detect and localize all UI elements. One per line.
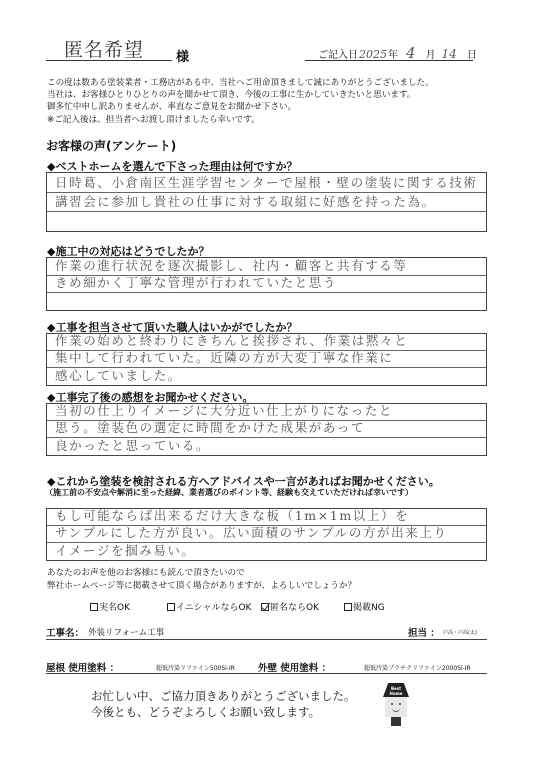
answer-box-3: 作業の始めと終わりにきちんと挨拶され、作業は黙々と 集中して行われていた。近隣の… xyxy=(46,333,487,386)
date-label: ご記入日 xyxy=(318,46,358,61)
intro-line: 当社は、お客様ひとりひとりの声を聞かせて頂き、今後の工事に生かしていきたいと思い… xyxy=(47,89,434,101)
closing-line: 今後とも、どうぞよろしくお願い致します。 xyxy=(91,704,356,720)
question-5-note: （施工前の不安点や解消に至った経緯、業者選びのポイント等、経験も交えていただけれ… xyxy=(45,487,413,498)
checkbox-icon[interactable] xyxy=(167,603,175,611)
year-unit: 年 xyxy=(388,46,398,61)
project-row: 工事名： 外装リフォーム工事 担当 ： 戸高・戸高(太) xyxy=(46,625,487,640)
answer-line: きめ細かく丁寧な管理が行われていたと思う xyxy=(47,276,486,293)
option-anonymous[interactable]: 匿名ならOK xyxy=(261,600,344,613)
eye-icon xyxy=(391,703,393,705)
checkbox-icon[interactable] xyxy=(344,603,352,611)
date-underline xyxy=(305,60,473,61)
answer-line: サンプルにした方が良い。広い面積のサンプルの方が出来上り xyxy=(47,526,486,543)
project-name-value: 外装リフォーム工事 xyxy=(88,626,164,638)
answer-line: イメージを掴み易い。 xyxy=(47,543,486,560)
paint-row: 屋根 使用塗料 ： 超低汚染リファイン500Si-IR 外壁 使用塗料 ： 超低… xyxy=(46,660,487,674)
answer-box-2: 作業の進行状況を逐次撮影し、社内・顧客と共有する等 きめ細かく丁寧な管理が行われ… xyxy=(46,257,487,311)
answer-line: 良かったと思っている。 xyxy=(47,438,486,455)
answer-line xyxy=(47,212,486,231)
roof-paint-value: 超低汚染リファイン500Si-IR xyxy=(156,663,235,672)
mascot-house-icon: Best Home xyxy=(381,683,411,731)
project-name-label: 工事名： xyxy=(46,625,84,639)
answer-line: 感心していました。 xyxy=(47,368,486,385)
consent-line: 弊社ホームページ等に掲載させて頂く場合がありますが、よろしいでしょうか？ xyxy=(47,580,356,593)
intro-line: ※ご記入後は、担当者へお渡し頂けましたら幸いです。 xyxy=(47,114,434,126)
consent-line: あなたのお声を他のお客様にも読んで頂きたいので xyxy=(47,567,356,580)
day-unit: 日 xyxy=(467,46,477,61)
answer-line: もし可能ならば出来るだけ大きな板（1m×1m以上）を xyxy=(47,509,486,526)
date-day: 14 xyxy=(442,47,457,61)
mouth-icon xyxy=(392,708,400,712)
mascot-body xyxy=(391,717,401,726)
answer-line: 作業の進行状況を逐次撮影し、社内・顧客と共有する等 xyxy=(47,258,486,276)
intro-text: この度は数ある塗装業者・工務店がある中、当社へご用命頂きまして誠にありがとうござ… xyxy=(47,77,434,126)
answer-line: 当初の仕上りイメージに大分近い仕上がりになったと xyxy=(47,404,486,421)
answer-line: 思う。塗装色の選定に時間をかけた成果があって xyxy=(47,421,486,438)
eye-icon xyxy=(399,703,401,705)
consent-options: 実名OK イニシャルならOK 匿名ならOK 掲載NG xyxy=(90,600,385,613)
honorific: 様 xyxy=(176,46,189,65)
checkmark-icon[interactable] xyxy=(261,603,269,611)
consent-text: あなたのお声を他のお客様にも読んで頂きたいので 弊社ホームページ等に掲載させて頂… xyxy=(47,567,356,592)
answer-line: 講習会に参加し貴社の仕事に対する取組に好感を持った為。 xyxy=(47,193,486,212)
answer-line: 集中して行われていた。近隣の方が大変丁寧な作業に xyxy=(47,351,486,368)
answer-line: 日時葛、小倉南区生涯学習センターで屋根・壁の塗装に関する技術 xyxy=(47,173,486,193)
answer-box-1: 日時葛、小倉南区生涯学習センターで屋根・壁の塗装に関する技術 講習会に参加し貴社… xyxy=(46,172,487,232)
intro-line: 御多忙中申し訳ありませんが、率直なご意見をお聞かせ下さい。 xyxy=(47,101,434,113)
mascot-roof: Best Home xyxy=(383,683,409,697)
month-unit: 月 xyxy=(426,46,436,61)
wall-paint-label: 外壁 使用塗料 ： xyxy=(258,660,331,674)
answer-line: 作業の始めと終わりにきちんと挨拶され、作業は黙々と xyxy=(47,334,486,351)
option-real-name[interactable]: 実名OK xyxy=(90,600,167,613)
answer-box-4: 当初の仕上りイメージに大分近い仕上がりになったと 思う。塗装色の選定に時間をかけ… xyxy=(46,403,487,456)
customer-name: 匿名希望 xyxy=(64,35,144,62)
name-underline xyxy=(46,60,172,61)
staff-value: 戸高・戸高(太) xyxy=(443,629,477,636)
intro-line: この度は数ある塗装業者・工務店がある中、当社へご用命頂きまして誠にありがとうござ… xyxy=(47,77,434,89)
staff-label: 担当 ： xyxy=(408,625,440,639)
checkbox-icon[interactable] xyxy=(90,603,98,611)
answer-box-5: もし可能ならば出来るだけ大きな板（1m×1m以上）を サンプルにした方が良い。広… xyxy=(46,508,487,561)
roof-paint-label: 屋根 使用塗料 ： xyxy=(46,660,119,674)
option-initials[interactable]: イニシャルならOK xyxy=(167,600,261,613)
closing-line: お忙しい中、ご協力頂きありがとうございました。 xyxy=(91,688,356,704)
option-no-publish[interactable]: 掲載NG xyxy=(344,600,385,613)
answer-line xyxy=(47,293,486,310)
closing-message: お忙しい中、ご協力頂きありがとうございました。 今後とも、どうぞよろしくお願い致… xyxy=(91,688,356,720)
section-title: お客様の声(アンケート) xyxy=(46,137,176,154)
mascot-face xyxy=(385,697,407,717)
wall-paint-value: 超低汚染プラチナリファイン2000Si-IR xyxy=(364,663,471,672)
